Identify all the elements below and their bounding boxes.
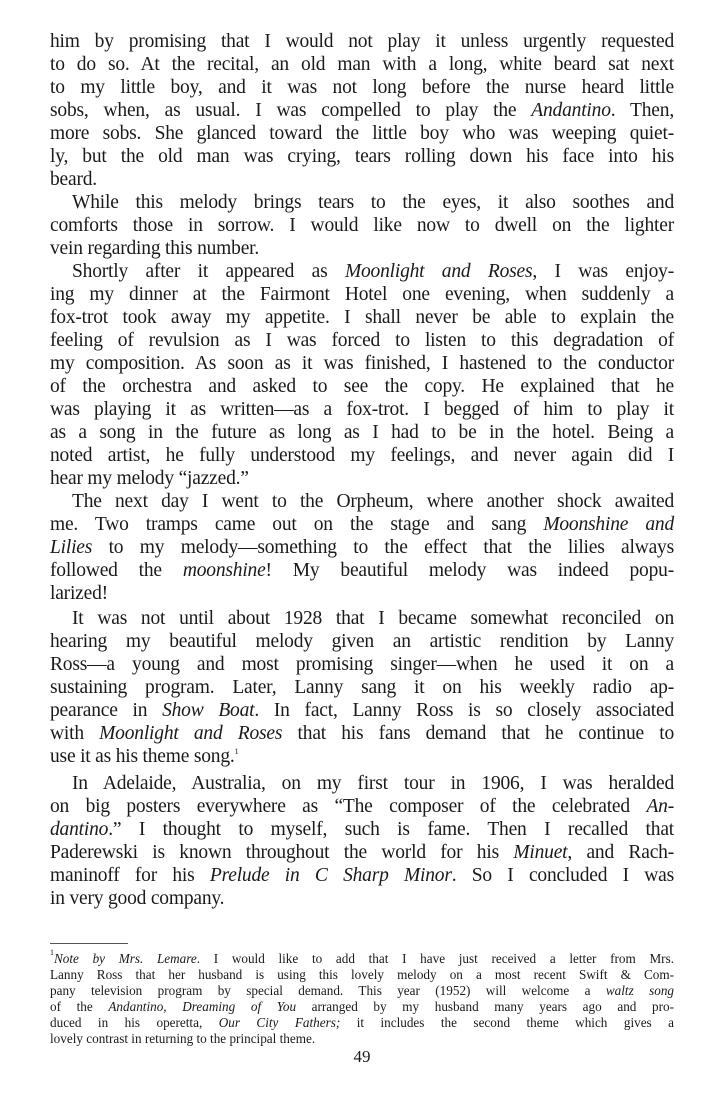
text-line: followed the moonshine! My beautiful mel… bbox=[50, 559, 674, 582]
text-run: of the orchestra and asked to see the co… bbox=[50, 376, 674, 397]
text-line: sustaining program. Later, Lanny sang it… bbox=[50, 676, 674, 699]
text-run: . So I concluded I was bbox=[452, 865, 674, 886]
text-run: as a song in the future as long as I had… bbox=[50, 422, 674, 443]
italic-title: Andantino bbox=[531, 100, 610, 121]
text-run: it includes the second theme which gives… bbox=[340, 1015, 674, 1030]
footnote-line: pany television program by special deman… bbox=[50, 983, 674, 999]
text-line: on big posters everywhere as “The compos… bbox=[50, 795, 674, 818]
text-run: hear my melody “jazzed.” bbox=[50, 468, 249, 489]
text-line: It was not until about 1928 that I becam… bbox=[50, 607, 674, 630]
text-run: arranged by my husband many years ago an… bbox=[296, 999, 674, 1014]
text-run: was playing it as written—as a fox-trot.… bbox=[50, 399, 674, 420]
text-run: in very good company. bbox=[50, 888, 224, 909]
text-run: , I was enjoy- bbox=[532, 261, 674, 282]
italic-title: Moonlight and Roses bbox=[99, 723, 282, 744]
text-line: Lilies to my melody—something to the eff… bbox=[50, 536, 674, 559]
text-run: It was not until about 1928 that I becam… bbox=[72, 608, 674, 629]
text-run: While this melody brings tears to the ey… bbox=[72, 192, 674, 213]
text-line: noted artist, he fully understood my fee… bbox=[50, 444, 674, 467]
text-line: beard. bbox=[50, 168, 674, 191]
italic-title: Moonlight and Roses bbox=[345, 261, 532, 282]
text-line: hear my melody “jazzed.” bbox=[50, 467, 674, 490]
text-line: more sobs. She glanced toward the little… bbox=[50, 122, 674, 145]
text-run: In Adelaide, Australia, on my first tour… bbox=[72, 773, 674, 794]
text-run: use it as his theme song. bbox=[50, 746, 235, 767]
text-run: vein regarding this number. bbox=[50, 238, 259, 259]
italic-title: Prelude in C Sharp Minor bbox=[210, 865, 452, 886]
text-run: on big posters everywhere as “The compos… bbox=[50, 796, 646, 817]
text-line: In Adelaide, Australia, on my first tour… bbox=[50, 772, 674, 795]
text-line: sobs, when, as usual. I was compelled to… bbox=[50, 99, 674, 122]
text-run: me. Two tramps came out on the stage and… bbox=[50, 514, 543, 535]
text-run: beard. bbox=[50, 169, 97, 190]
text-line: vein regarding this number. bbox=[50, 237, 674, 260]
italic-title: Note by Mrs. Lemare bbox=[54, 951, 197, 966]
text-run: to do so. At the recital, an old man wit… bbox=[50, 54, 674, 75]
text-line: him by promising that I would not play i… bbox=[50, 30, 674, 53]
italic-title: moonshine bbox=[183, 560, 266, 581]
text-run: . In fact, Lanny Ross is so closely asso… bbox=[254, 700, 674, 721]
text-run: sobs, when, as usual. I was compelled to… bbox=[50, 100, 531, 121]
text-run: to my melody—something to the effect tha… bbox=[92, 537, 674, 558]
text-run: Lanny Ross that her husband is using thi… bbox=[50, 967, 674, 982]
text-line: ing my dinner at the Fairmont Hotel one … bbox=[50, 283, 674, 306]
footnote-divider bbox=[50, 943, 128, 944]
italic-title: dantino bbox=[50, 819, 108, 840]
text-run: that his fans demand that he continue to bbox=[282, 723, 674, 744]
text-run: The next day I went to the Orpheum, wher… bbox=[72, 491, 674, 512]
italic-title: Andantino, Dreaming of You bbox=[108, 999, 296, 1014]
footnote-line: duced in his operetta, Our City Fathers;… bbox=[50, 1015, 674, 1031]
text-run: .” I thought to myself, such is fame. Th… bbox=[108, 819, 674, 840]
text-run: . I would like to add that I have just r… bbox=[197, 951, 674, 966]
italic-title: Lilies bbox=[50, 537, 92, 558]
footnote-line: 1Note by Mrs. Lemare. I would like to ad… bbox=[50, 951, 674, 967]
text-line: to do so. At the recital, an old man wit… bbox=[50, 53, 674, 76]
footnote-line: Lanny Ross that her husband is using thi… bbox=[50, 967, 674, 983]
footnote-marker: 1 bbox=[235, 747, 239, 756]
text-run: . Then, bbox=[611, 100, 674, 121]
text-run: my composition. As soon as it was finish… bbox=[50, 353, 674, 374]
footnote-line: of the Andantino, Dreaming of You arrang… bbox=[50, 999, 674, 1015]
italic-title: waltz song bbox=[606, 983, 674, 998]
text-line: ly, but the old man was crying, tears ro… bbox=[50, 145, 674, 168]
text-run: Shortly after it appeared as bbox=[72, 261, 345, 282]
footnote-line: lovely contrast in returning to the prin… bbox=[50, 1031, 674, 1047]
text-run: duced in his operetta, bbox=[50, 1015, 219, 1030]
text-run: Ross—a young and most promising singer—w… bbox=[50, 654, 674, 675]
text-run: maninoff for his bbox=[50, 865, 210, 886]
text-line: me. Two tramps came out on the stage and… bbox=[50, 513, 674, 536]
italic-title: Our City Fathers; bbox=[219, 1015, 341, 1030]
text-run: ! My beautiful melody was indeed popu- bbox=[266, 560, 674, 581]
text-run: ing my dinner at the Fairmont Hotel one … bbox=[50, 284, 674, 305]
italic-title: Show Boat bbox=[162, 700, 254, 721]
text-line: in very good company. bbox=[50, 887, 674, 910]
text-line: comforts those in sorrow. I would like n… bbox=[50, 214, 674, 237]
text-run: sustaining program. Later, Lanny sang it… bbox=[50, 677, 674, 698]
text-run: ly, but the old man was crying, tears ro… bbox=[50, 146, 674, 167]
text-line: Paderewski is known throughout the world… bbox=[50, 841, 674, 864]
text-run: fox-trot took away my appetite. I shall … bbox=[50, 307, 674, 328]
text-run: pany television program by special deman… bbox=[50, 983, 606, 998]
text-line: my composition. As soon as it was finish… bbox=[50, 352, 674, 375]
text-line: The next day I went to the Orpheum, wher… bbox=[50, 490, 674, 513]
text-run: feeling of revulsion as I was forced to … bbox=[50, 330, 674, 351]
text-run: lovely contrast in returning to the prin… bbox=[50, 1031, 315, 1046]
text-line: with Moonlight and Roses that his fans d… bbox=[50, 722, 674, 745]
italic-title: Minuet bbox=[513, 842, 567, 863]
text-run: , and Rach- bbox=[567, 842, 674, 863]
text-run: him by promising that I would not play i… bbox=[50, 31, 674, 52]
text-line: Ross—a young and most promising singer—w… bbox=[50, 653, 674, 676]
italic-title: An- bbox=[646, 796, 674, 817]
text-line: as a song in the future as long as I had… bbox=[50, 421, 674, 444]
italic-title: Moonshine and bbox=[543, 514, 674, 535]
text-line: maninoff for his Prelude in C Sharp Mino… bbox=[50, 864, 674, 887]
text-run: noted artist, he fully understood my fee… bbox=[50, 445, 674, 466]
text-run: more sobs. She glanced toward the little… bbox=[50, 123, 674, 144]
text-line: to my little boy, and it was not long be… bbox=[50, 76, 674, 99]
text-run: Paderewski is known throughout the world… bbox=[50, 842, 513, 863]
text-run: hearing my beautiful melody given an art… bbox=[50, 631, 674, 652]
text-run: with bbox=[50, 723, 99, 744]
text-line: larized! bbox=[50, 582, 674, 605]
text-line: of the orchestra and asked to see the co… bbox=[50, 375, 674, 398]
text-line: hearing my beautiful melody given an art… bbox=[50, 630, 674, 653]
text-line: dantino.” I thought to myself, such is f… bbox=[50, 818, 674, 841]
text-line: Shortly after it appeared as Moonlight a… bbox=[50, 260, 674, 283]
text-line: fox-trot took away my appetite. I shall … bbox=[50, 306, 674, 329]
text-line: While this melody brings tears to the ey… bbox=[50, 191, 674, 214]
text-run: comforts those in sorrow. I would like n… bbox=[50, 215, 674, 236]
text-line: use it as his theme song.1 bbox=[50, 745, 674, 768]
text-run: to my little boy, and it was not long be… bbox=[50, 77, 674, 98]
text-line: pearance in Show Boat. In fact, Lanny Ro… bbox=[50, 699, 674, 722]
page-number: 49 bbox=[50, 1047, 674, 1067]
text-line: feeling of revulsion as I was forced to … bbox=[50, 329, 674, 352]
text-line: was playing it as written—as a fox-trot.… bbox=[50, 398, 674, 421]
text-run: of the bbox=[50, 999, 108, 1014]
text-run: larized! bbox=[50, 583, 108, 604]
text-run: followed the bbox=[50, 560, 183, 581]
text-run: pearance in bbox=[50, 700, 162, 721]
